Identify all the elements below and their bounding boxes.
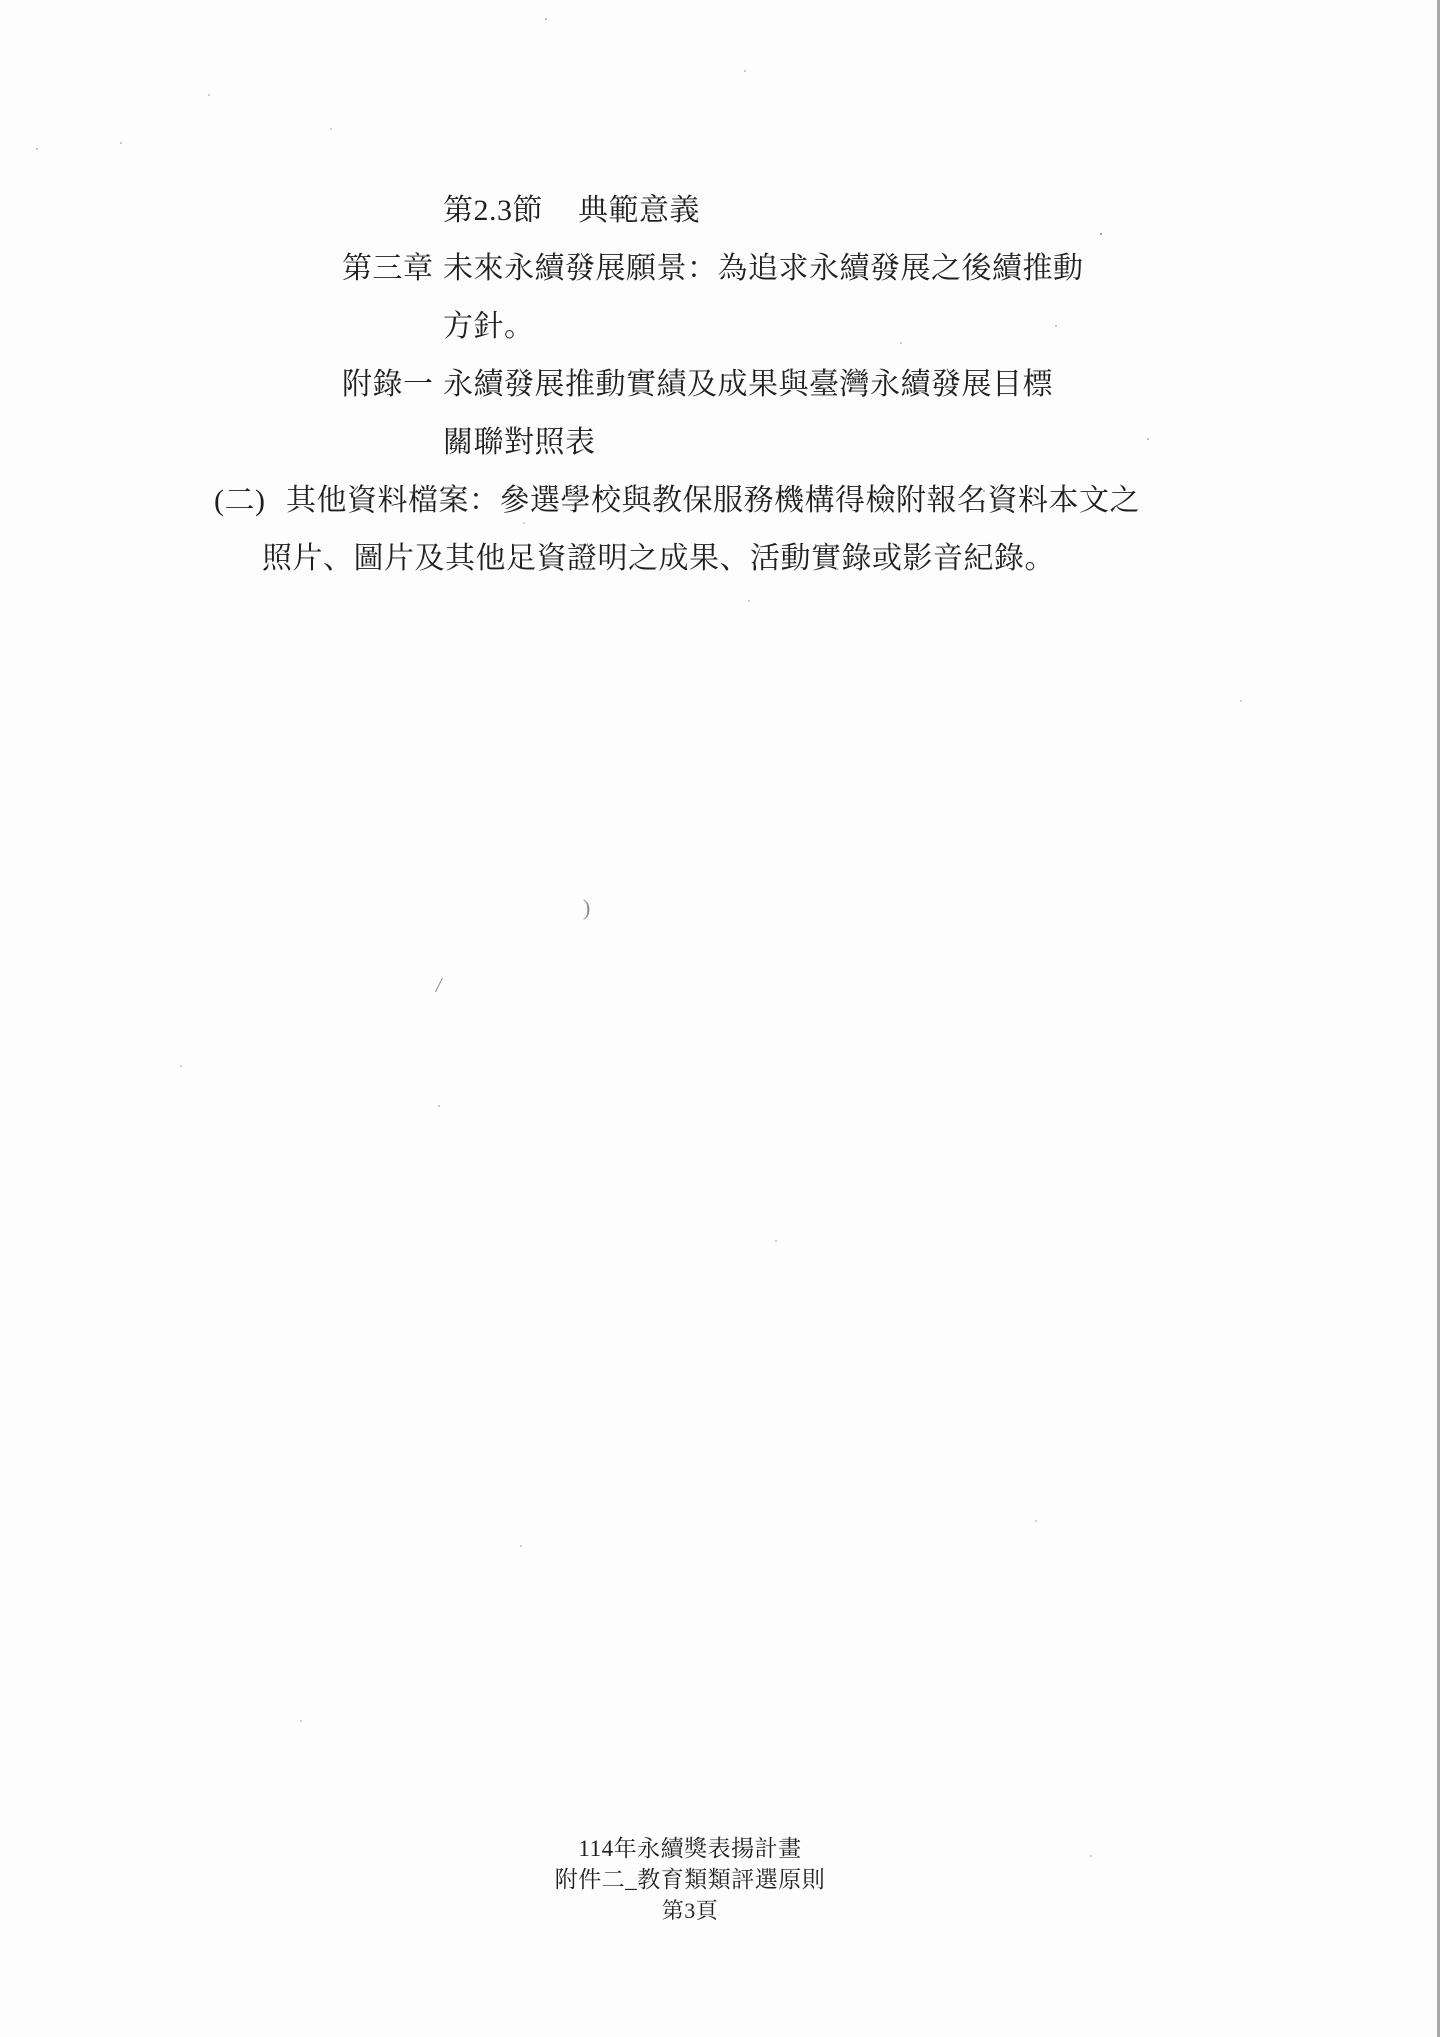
scanned-document-page: 第2.3節 典範意義 第三章 未來永續發展願景：為追求永續發展之後續推動 方針。… — [0, 0, 1440, 2037]
item-2-label: (二) — [214, 478, 265, 524]
footer-page-number: 第3頁 — [340, 1895, 1040, 1926]
chapter-label: 第三章 — [342, 246, 434, 292]
section-number: 第2.3節 — [443, 188, 543, 234]
footer-plan-title: 114年永續獎表揚計畫 — [340, 1833, 1040, 1864]
item-2-text-continuation: 照片、圖片及其他足資證明之成果、活動實錄或影音紀錄。 — [262, 536, 1055, 582]
chapter-title: 未來永續發展願景：為追求永續發展之後續推動 — [443, 246, 1084, 292]
chapter-title-continuation: 方針。 — [443, 304, 535, 350]
scan-noise-speckles — [0, 0, 2, 2]
item-2-text: 其他資料檔案：參選學校與教保服務機構得檢附報名資料本文之 — [286, 478, 1140, 524]
page-footer: 114年永續獎表揚計畫 附件二_教育類類評選原則 第3頁 — [340, 1833, 1040, 1926]
appendix-title: 永續發展推動實績及成果與臺灣永續發展目標 — [443, 362, 1053, 408]
scan-artifact-slash: / — [434, 972, 444, 999]
footer-attachment-title: 附件二_教育類類評選原則 — [340, 1864, 1040, 1895]
scan-artifact-paren: ) — [583, 895, 590, 921]
appendix-title-continuation: 關聯對照表 — [443, 420, 596, 466]
section-title: 典範意義 — [578, 188, 700, 234]
appendix-label: 附錄一 — [342, 362, 434, 408]
